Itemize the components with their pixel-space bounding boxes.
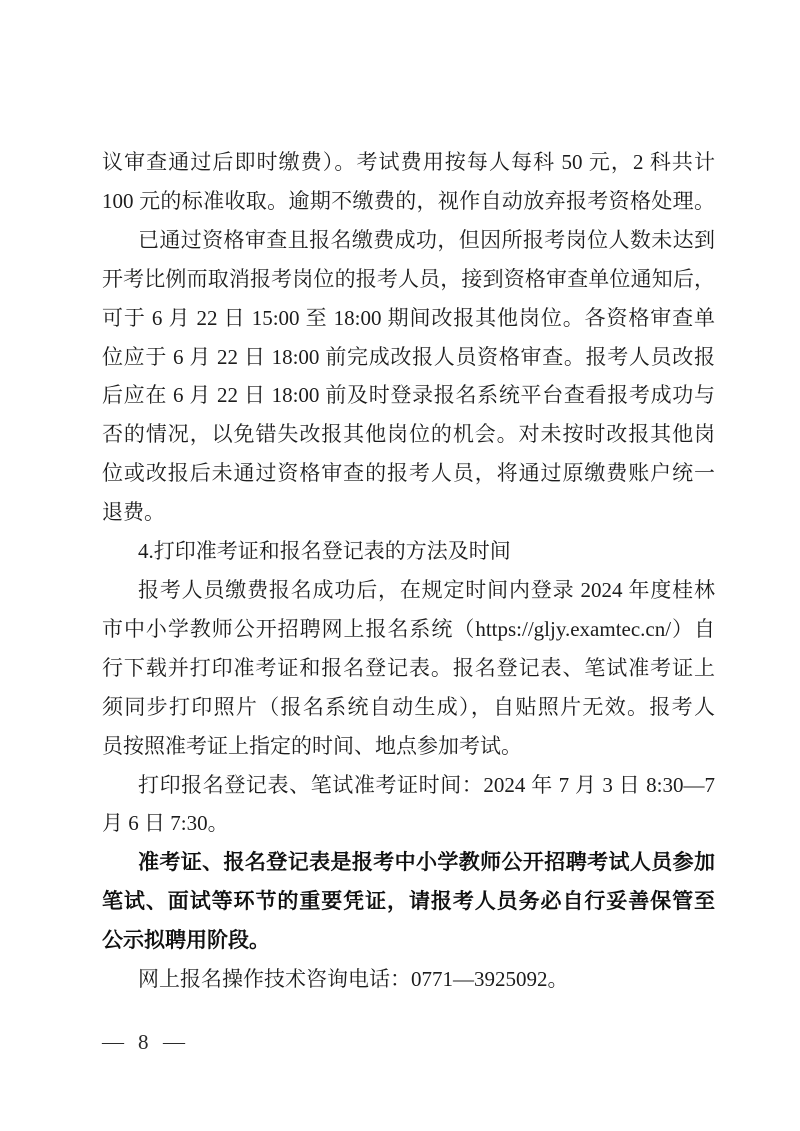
- text-line: 已通过资格审查且报名缴费成功，但因所报考岗位人数未达到: [102, 221, 715, 260]
- text-line: 员按照准考证上指定的时间、地点参加考试。: [102, 727, 715, 766]
- text-line: 须同步打印照片（报名系统自动生成），自贴照片无效。报考人: [102, 688, 715, 727]
- document-body: 议审查通过后即时缴费）。考试费用按每人每科 50 元，2 科共计 100 元的标…: [102, 143, 715, 999]
- text-line: 否的情况，以免错失改报其他岗位的机会。对未按时改报其他岗: [102, 415, 715, 454]
- text-line: 开考比例而取消报考岗位的报考人员，接到资格审查单位通知后，: [102, 260, 715, 299]
- emphasis-line: 准考证、报名登记表是报考中小学教师公开招聘考试人员参加: [102, 843, 715, 882]
- text-line: 市中小学教师公开招聘网上报名系统（https://gljy.examtec.cn…: [102, 610, 715, 649]
- text-line: 报考人员缴费报名成功后，在规定时间内登录 2024 年度桂林: [102, 571, 715, 610]
- text-line: 100 元的标准收取。逾期不缴费的，视作自动放弃报考资格处理。: [102, 182, 715, 221]
- emphasis-line: 公示拟聘用阶段。: [102, 921, 715, 960]
- footer-right-dash: —: [163, 1031, 185, 1054]
- text-line: 可于 6 月 22 日 15:00 至 18:00 期间改报其他岗位。各资格审查…: [102, 299, 715, 338]
- document-page: { "page": { "background": "#ffffff", "te…: [0, 0, 800, 1131]
- footer-left-dash: —: [102, 1031, 124, 1054]
- text-line: 行下载并打印准考证和报名登记表。报名登记表、笔试准考证上: [102, 649, 715, 688]
- page-background: 议审查通过后即时缴费）。考试费用按每人每科 50 元，2 科共计 100 元的标…: [0, 0, 800, 1131]
- text-line: 议审查通过后即时缴费）。考试费用按每人每科 50 元，2 科共计: [102, 143, 715, 182]
- page-footer: — 8 —: [103, 1030, 184, 1055]
- text-line: 退费。: [102, 493, 715, 532]
- page-number: 8: [138, 1030, 149, 1055]
- text-line: 打印报名登记表、笔试准考证时间：2024 年 7 月 3 日 8:30—7: [102, 766, 715, 805]
- section-heading: 4.打印准考证和报名登记表的方法及时间: [102, 532, 715, 571]
- text-line: 后应在 6 月 22 日 18:00 前及时登录报名系统平台查看报考成功与: [102, 376, 715, 415]
- text-line: 月 6 日 7:30。: [102, 804, 715, 843]
- text-line: 位应于 6 月 22 日 18:00 前完成改报人员资格审查。报考人员改报: [102, 338, 715, 377]
- emphasis-line: 笔试、面试等环节的重要凭证，请报考人员务必自行妥善保管至: [102, 882, 715, 921]
- text-line: 网上报名操作技术咨询电话：0771—3925092。: [102, 960, 715, 999]
- text-line: 位或改报后未通过资格审查的报考人员，将通过原缴费账户统一: [102, 454, 715, 493]
